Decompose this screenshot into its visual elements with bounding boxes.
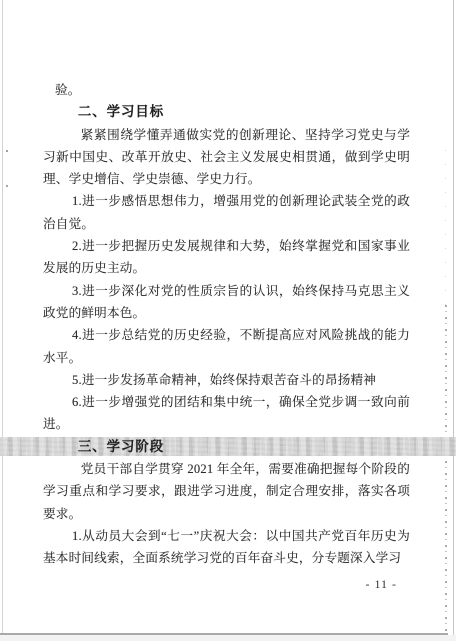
section-heading-stages: 三、学习阶段 [43,436,410,458]
paragraph: 党员干部自学贯穿 2021 年全年，需要准确把握每个阶段的学习重点和学习要求，跟… [43,458,410,525]
scan-dust-specks [6,150,8,152]
numbered-item-6: 6.进一步增强党的团结和集中统一，确保全党步调一致向前进。 [43,391,410,436]
numbered-item-5: 5.进一步发扬革命精神，始终保持艰苦奋斗的昂扬精神 [43,369,410,391]
page-left-edge-line [2,0,3,641]
paragraph-continuation: 验。 [43,79,410,101]
numbered-item-3: 3.进一步深化对党的性质宗旨的认识，始终保持马克思主义政党的鲜明本色。 [43,280,410,325]
numbered-item-2: 2.进一步把握历史发展规律和大势，始终掌握党和国家事业发展的历史主动。 [43,235,410,280]
scan-speckle-line-upper [445,150,446,310]
numbered-item-1: 1.进一步感悟思想伟力，增强用党的创新理论武装全党的政治自觉。 [43,190,410,235]
page-number: - 11 - [365,577,397,592]
section-heading-goals: 二、学习目标 [43,101,410,123]
numbered-item-4: 4.进一步总结党的历史经验，不断提高应对风险挑战的能力水平。 [43,324,410,369]
paragraph: 紧紧围绕学懂弄通做实党的创新理论、坚持学习党史与学习新中国史、改革开放史、社会主… [43,124,410,191]
scan-speckle-line [445,305,447,641]
scan-bottom-strip [0,635,456,641]
scanned-document-page: 验。 二、学习目标 紧紧围绕学懂弄通做实党的创新理论、坚持学习党史与学习新中国史… [0,0,456,641]
page-right-edge-line [453,0,454,641]
numbered-item-stage-1: 1.从动员大会到“七一”庆祝大会：以中国共产党百年历史为基本时间线索，全面系统学… [43,525,410,570]
document-body: 验。 二、学习目标 紧紧围绕学懂弄通做实党的创新理论、坚持学习党史与学习新中国史… [43,79,410,570]
